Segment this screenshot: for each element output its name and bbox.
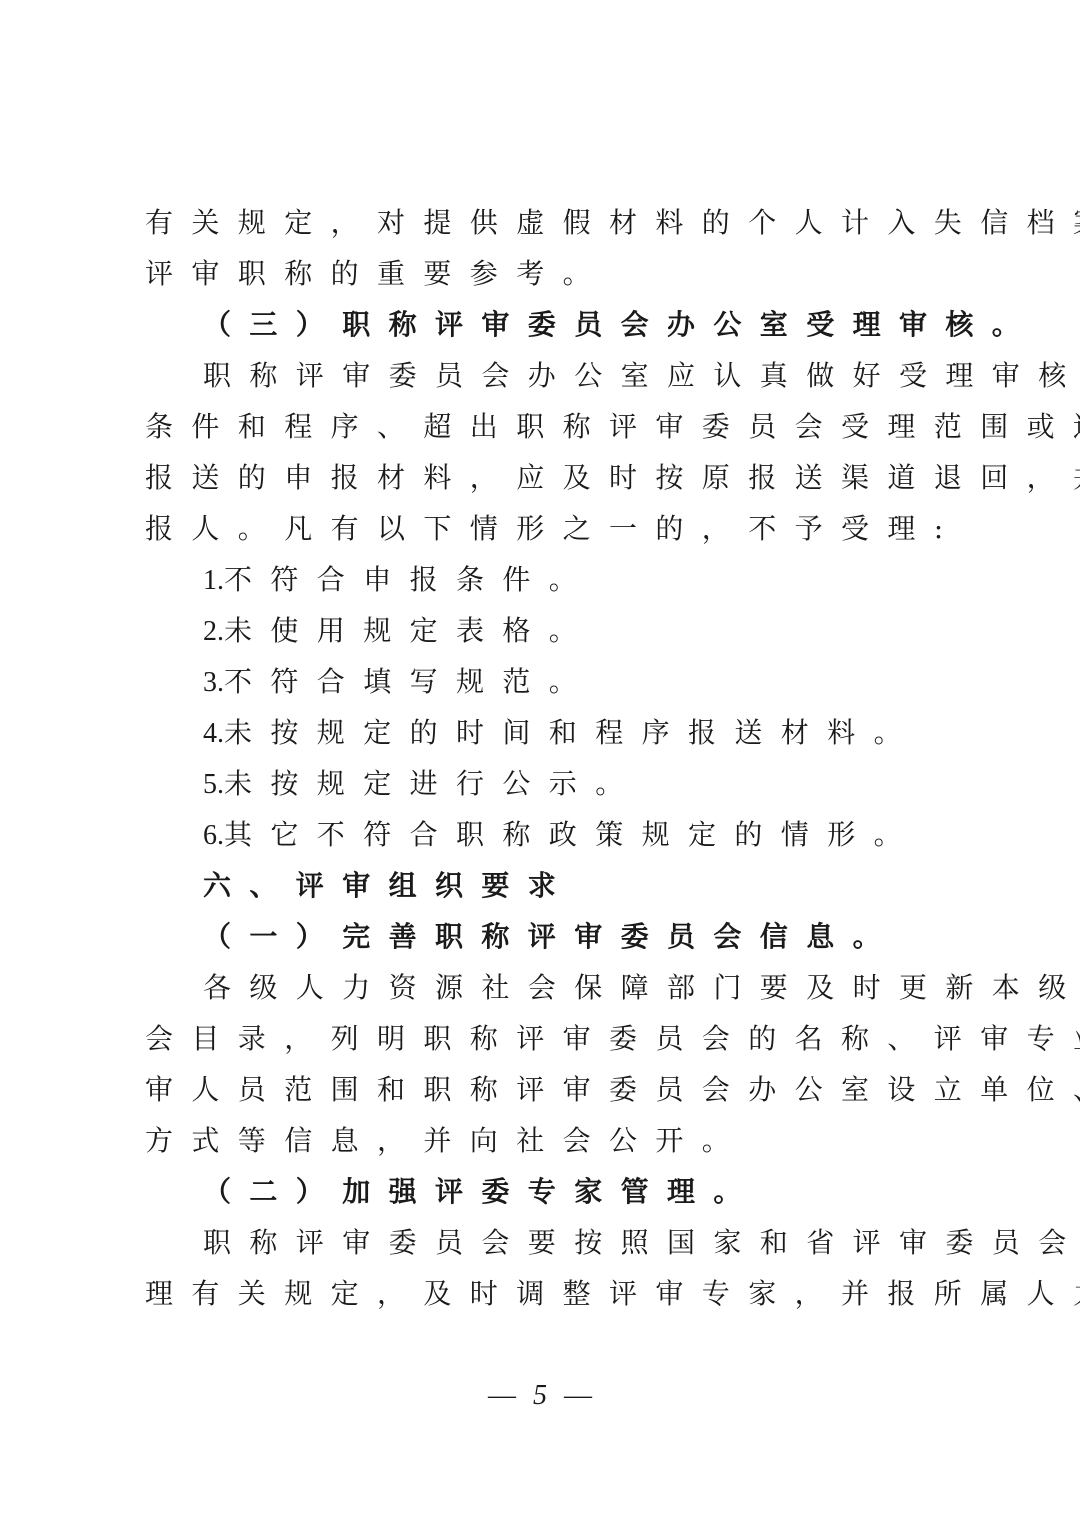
list-item: 2.未使用规定表格。 xyxy=(145,605,947,656)
list-text: 未按规定的时间和程序报送材料。 xyxy=(224,716,920,749)
list-item: 5.未按规定进行公示。 xyxy=(145,758,947,809)
subsection-heading-2: （二）加强评委专家管理。 xyxy=(145,1166,947,1217)
page-number: 5 xyxy=(533,1380,547,1411)
body-line: 审人员范围和职称评审委员会办公室设立单位、窗口地址、联系 xyxy=(145,1064,947,1115)
body-line: 报人。凡有以下情形之一的，不予受理: xyxy=(145,503,947,554)
document-page: 有关规定，对提供虚假材料的个人计入失信档案，作为以后申报 评审职称的重要参考。 … xyxy=(145,197,947,1319)
page-footer: — 5 — xyxy=(0,1380,1080,1412)
body-line: 方式等信息，并向社会公开。 xyxy=(145,1115,947,1166)
list-number: 2. xyxy=(203,616,224,647)
list-item: 1.不符合申报条件。 xyxy=(145,554,947,605)
list-text: 不符合填写规范。 xyxy=(224,665,595,698)
body-line: 理有关规定，及时调整评审专家，并报所属人力资源社会保障部 xyxy=(145,1268,947,1319)
body-line: 有关规定，对提供虚假材料的个人计入失信档案，作为以后申报 xyxy=(145,197,947,248)
list-text: 未使用规定表格。 xyxy=(224,614,595,647)
footer-dash-right: — xyxy=(564,1380,592,1412)
body-line: 会目录，列明职称评审委员会的名称、评审专业、层级、受理评 xyxy=(145,1013,947,1064)
subsection-heading-1: （一）完善职称评审委员会信息。 xyxy=(145,911,947,962)
list-item: 3.不符合填写规范。 xyxy=(145,656,947,707)
paragraph-first-line: 职称评审委员会要按照国家和省评审委员会评审委员库管 xyxy=(145,1217,947,1268)
body-line: 条件和程序、超出职称评审委员会受理范围或违反委托评审程序 xyxy=(145,401,947,452)
footer-dash-left: — xyxy=(488,1380,516,1412)
list-text: 不符合申报条件。 xyxy=(224,563,595,596)
paragraph-first-line: 职称评审委员会办公室应认真做好受理审核。对不符合申报 xyxy=(145,350,947,401)
list-text: 未按规定进行公示。 xyxy=(224,767,642,800)
list-text: 其它不符合职称政策规定的情形。 xyxy=(224,818,920,851)
section-heading: 六、评审组织要求 xyxy=(145,860,947,911)
list-number: 5. xyxy=(203,769,224,800)
list-number: 1. xyxy=(203,565,224,596)
body-line: 报送的申报材料，应及时按原报送渠道退回，并及时书面告知申 xyxy=(145,452,947,503)
subsection-heading-3: （三）职称评审委员会办公室受理审核。 xyxy=(145,299,947,350)
list-number: 3. xyxy=(203,667,224,698)
list-item: 6.其它不符合职称政策规定的情形。 xyxy=(145,809,947,860)
list-number: 6. xyxy=(203,820,224,851)
list-item: 4.未按规定的时间和程序报送材料。 xyxy=(145,707,947,758)
body-line: 评审职称的重要参考。 xyxy=(145,248,947,299)
list-number: 4. xyxy=(203,718,224,749)
paragraph-first-line: 各级人力资源社会保障部门要及时更新本级职称评审委员 xyxy=(145,962,947,1013)
